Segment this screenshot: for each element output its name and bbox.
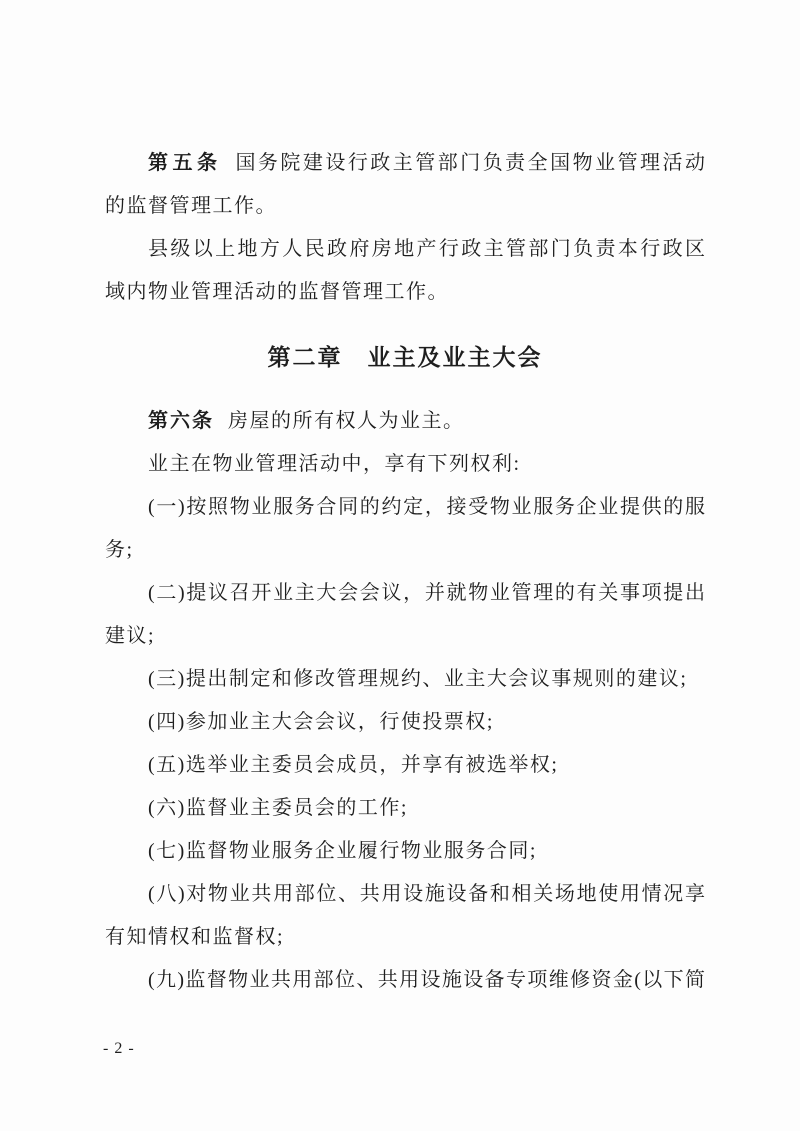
article-6-number: 第六条 (148, 410, 214, 432)
article-6-line1: 第六条房屋的所有权人为业主。 (105, 400, 705, 443)
page-number: - 2 - (103, 1040, 135, 1058)
chapter-2-heading: 第二章 业主及业主大会 (105, 336, 705, 379)
article-5-paragraph1-line1: 第五条国务院建设行政主管部门负责全国物业管理活动 (105, 142, 705, 185)
article-6-item7: (七)监督物业服务企业履行物业服务合同; (105, 830, 705, 873)
document-body: 第五条国务院建设行政主管部门负责全国物业管理活动 的监督管理工作。 县级以上地方… (105, 142, 705, 1002)
article-6-item5: (五)选举业主委员会成员，并享有被选举权; (105, 744, 705, 787)
article-5-paragraph2-line2: 域内物业管理活动的监督管理工作。 (105, 271, 705, 314)
article-6-item1-line2: 务; (105, 529, 705, 572)
article-6-item9-line1: (九)监督物业共用部位、共用设施设备专项维修资金(以下简 (105, 959, 705, 1002)
article-6-item1-line1: (一)按照物业服务合同的约定，接受物业服务企业提供的服 (105, 486, 705, 529)
article-5-number: 第五条 (148, 152, 221, 174)
article-6-item8-line2: 有知情权和监督权; (105, 916, 705, 959)
article-6-item4: (四)参加业主大会会议，行使投票权; (105, 701, 705, 744)
document-page: 第五条国务院建设行政主管部门负责全国物业管理活动 的监督管理工作。 县级以上地方… (0, 0, 800, 1131)
article-6-item3: (三)提出制定和修改管理规约、业主大会议事规则的建议; (105, 658, 705, 701)
article-6-item2-line1: (二)提议召开业主大会会议，并就物业管理的有关事项提出 (105, 572, 705, 615)
article-6-intro-text: 房屋的所有权人为业主。 (228, 410, 465, 432)
article-6-item8-line1: (八)对物业共用部位、共用设施设备和相关场地使用情况享 (105, 873, 705, 916)
article-5-paragraph1-text: 国务院建设行政主管部门负责全国物业管理活动 (235, 152, 705, 174)
article-5-paragraph2-line1: 县级以上地方人民政府房地产行政主管部门负责本行政区 (105, 228, 705, 271)
article-5-paragraph1-line2: 的监督管理工作。 (105, 185, 705, 228)
article-6-item6: (六)监督业主委员会的工作; (105, 787, 705, 830)
article-6-item2-line2: 建议; (105, 615, 705, 658)
article-6-rights-intro: 业主在物业管理活动中，享有下列权利: (105, 443, 705, 486)
